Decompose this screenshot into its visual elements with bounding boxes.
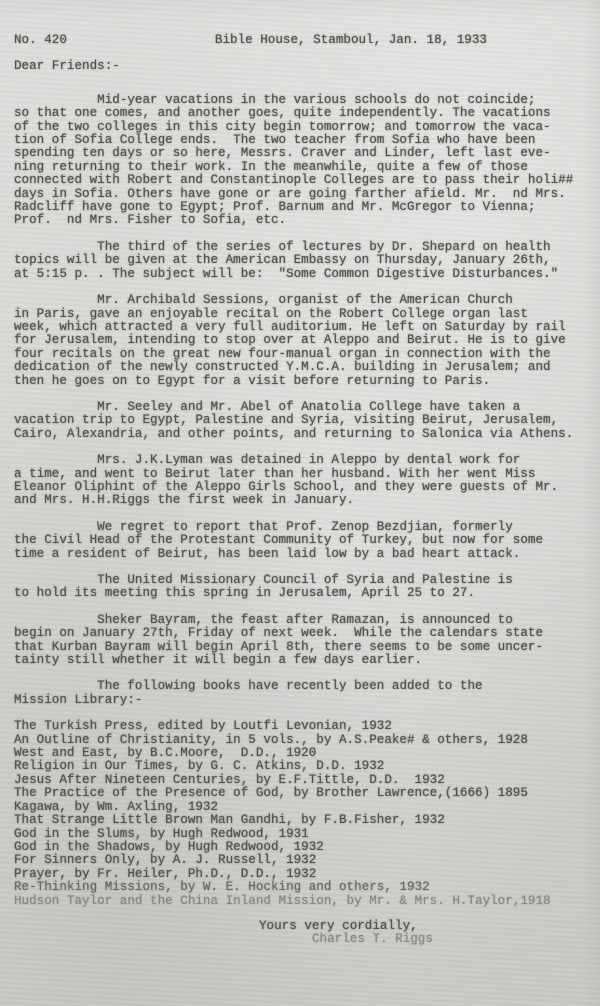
paragraph-organist: Mr. Archibald Sessions, organist of the … (14, 294, 588, 388)
book-entry: God in the Slums, by Hugh Redwood, 1931 (14, 828, 588, 841)
dateline: Bible House, Stamboul, Jan. 18, 1933 (215, 33, 487, 47)
book-entry: Hudson Taylor and the China Inland Missi… (14, 895, 588, 908)
paragraph-bezdjian: We regret to report that Prof. Zenop Bez… (14, 521, 588, 561)
signature: Charles T. Riggs (312, 933, 588, 946)
book-entry: Religion in Our Times, by G. C. Atkins, … (14, 760, 588, 773)
letter-header: No. 420Bible House, Stamboul, Jan. 18, 1… (14, 34, 588, 47)
paragraph-missionary-council: The United Missionary Council of Syria a… (14, 574, 588, 601)
paragraph-lecture: The third of the series of lectures by D… (14, 241, 588, 281)
paragraph-vacation-trip: Mr. Seeley and Mr. Abel of Anatolia Coll… (14, 401, 588, 441)
book-entry: The Turkish Press, edited by Loutfi Levo… (14, 720, 588, 733)
book-list: The Turkish Press, edited by Loutfi Levo… (14, 720, 588, 908)
book-entry: The Practice of the Presence of God, by … (14, 787, 588, 800)
book-entry: For Sinners Only, by A. J. Russell, 1932 (14, 854, 588, 867)
letter-content: No. 420Bible House, Stamboul, Jan. 18, 1… (0, 0, 600, 947)
paragraph-library-intro: The following books have recently been a… (14, 680, 588, 707)
paragraph-vacations: Mid-year vacations in the various school… (14, 94, 588, 228)
book-entry: That Strange Little Brown Man Gandhi, by… (14, 814, 588, 827)
book-entry: Re-Thinking Missions, by W. E. Hocking a… (14, 881, 588, 894)
paragraph-lyman: Mrs. J.K.Lyman was detained in Aleppo by… (14, 454, 588, 508)
letter-page: No. 420Bible House, Stamboul, Jan. 18, 1… (0, 0, 600, 1006)
salutation: Dear Friends:- (14, 60, 588, 73)
paragraph-bayram: Sheker Bayram, the feast after Ramazan, … (14, 614, 588, 668)
doc-number: No. 420 (14, 33, 67, 47)
